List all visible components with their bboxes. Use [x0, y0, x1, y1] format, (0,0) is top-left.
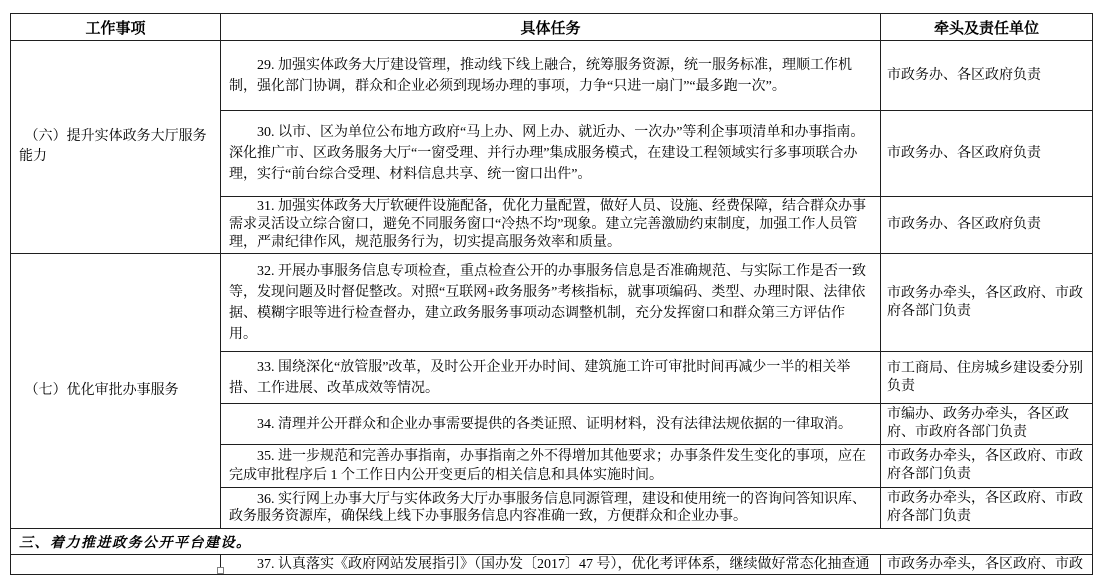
- task-cell-32: 32. 开展办事服务信息专项检查，重点检查公开的办事服务信息是否准确规范、与实际…: [221, 254, 881, 352]
- task-assignment-table: 工作事项 具体任务 牵头及责任单位 （六）提升实体政务大厅服务能力 29. 加强…: [10, 13, 1093, 575]
- task-text-32: 32. 开展办事服务信息专项检查，重点检查公开的办事服务信息是否准确规范、与实际…: [229, 261, 872, 345]
- header-cell-lead-unit: 牵头及责任单位: [881, 14, 1093, 41]
- task-text-34: 34. 清理并公开群众和企业办事需要提供的各类证照、证明材料，没有法律法规依据的…: [229, 414, 872, 435]
- task-cell-29: 29. 加强实体政务大厅建设管理，推动线下线上融合，统筹服务资源，统一服务标准，…: [221, 41, 881, 111]
- table-row-32: （七）优化审批办事服务 32. 开展办事服务信息专项检查，重点检查公开的办事服务…: [11, 254, 1093, 352]
- task-cell-34: 34. 清理并公开群众和企业办事需要提供的各类证照、证明材料，没有法律法规依据的…: [221, 404, 881, 445]
- lead-cell-37: 市政务办牵头，各区政府、市政: [881, 555, 1093, 575]
- task-text-30: 30. 以市、区为单位公布地方政府“马上办、网上办、就近办、一次办”等利企事项清…: [229, 122, 872, 185]
- task-cell-36: 36. 实行网上办事大厅与实体政务大厅办事服务信息同源管理，建设和使用统一的咨询…: [221, 488, 881, 529]
- task-cell-37: 37. 认真落实《政府网站发展指引》（国办发〔2017〕47 号），优化考评体系…: [221, 555, 881, 575]
- task-text-36: 36. 实行网上办事大厅与实体政务大厅办事服务信息同源管理，建设和使用统一的咨询…: [229, 491, 872, 525]
- task-text-35: 35. 进一步规范和完善办事指南，办事指南之外不得增加其他要求；办事条件发生变化…: [229, 447, 872, 485]
- header-cell-work-item: 工作事项: [11, 14, 221, 41]
- lead-cell-29: 市政务办、各区政府负责: [881, 41, 1093, 111]
- header-cell-task: 具体任务: [221, 14, 881, 41]
- task-cell-35: 35. 进一步规范和完善办事指南，办事指南之外不得增加其他要求；办事条件发生变化…: [221, 445, 881, 488]
- task-text-37: 37. 认真落实《政府网站发展指引》（国办发〔2017〕47 号），优化考评体系…: [229, 556, 872, 573]
- lead-cell-36: 市政务办牵头，各区政府、市政府各部门负责: [881, 488, 1093, 529]
- task-text-31: 31. 加强实体政务大厅软硬件设施配备，优化力量配置，做好人员、设施、经费保障，…: [229, 198, 872, 252]
- work-item-cell-6: （六）提升实体政务大厅服务能力: [11, 41, 221, 254]
- lead-cell-31: 市政务办、各区政府负责: [881, 197, 1093, 254]
- work-item-cell-empty: [11, 555, 221, 575]
- header-row: 工作事项 具体任务 牵头及责任单位: [11, 14, 1093, 41]
- lead-text-37: 市政务办牵头，各区政府、市政: [887, 556, 1086, 573]
- table-row-37: 37. 认真落实《政府网站发展指引》（国办发〔2017〕47 号），优化考评体系…: [11, 555, 1093, 575]
- lead-cell-35: 市政务办牵头，各区政府、市政府各部门负责: [881, 445, 1093, 488]
- task-cell-30: 30. 以市、区为单位公布地方政府“马上办、网上办、就近办、一次办”等利企事项清…: [221, 111, 881, 197]
- lead-cell-34: 市编办、政务办牵头，各区政府、市政府各部门负责: [881, 404, 1093, 445]
- task-cell-31: 31. 加强实体政务大厅软硬件设施配备，优化力量配置，做好人员、设施、经费保障，…: [221, 197, 881, 254]
- task-text-29: 29. 加强实体政务大厅建设管理，推动线下线上融合，统筹服务资源，统一服务标准，…: [229, 55, 872, 97]
- task-text-33: 33. 围绕深化“放管服”改革，及时公开企业开办时间、建筑施工许可审批时间再减少…: [229, 357, 872, 399]
- work-item-cell-7: （七）优化审批办事服务: [11, 254, 221, 529]
- lead-cell-32: 市政务办牵头，各区政府、市政府各部门负责: [881, 254, 1093, 352]
- anchor-square-mark: [217, 567, 224, 574]
- lead-cell-30: 市政务办、各区政府负责: [881, 111, 1093, 197]
- section-row: 三、着力推进政务公开平台建设。: [11, 529, 1093, 555]
- document-page: 工作事项 具体任务 牵头及责任单位 （六）提升实体政务大厅服务能力 29. 加强…: [0, 0, 1102, 575]
- table-row-29: （六）提升实体政务大厅服务能力 29. 加强实体政务大厅建设管理，推动线下线上融…: [11, 41, 1093, 111]
- section-title: 三、着力推进政务公开平台建设。: [11, 529, 1093, 555]
- lead-cell-33: 市工商局、住房城乡建设委分别负责: [881, 352, 1093, 404]
- task-cell-33: 33. 围绕深化“放管服”改革，及时公开企业开办时间、建筑施工许可审批时间再减少…: [221, 352, 881, 404]
